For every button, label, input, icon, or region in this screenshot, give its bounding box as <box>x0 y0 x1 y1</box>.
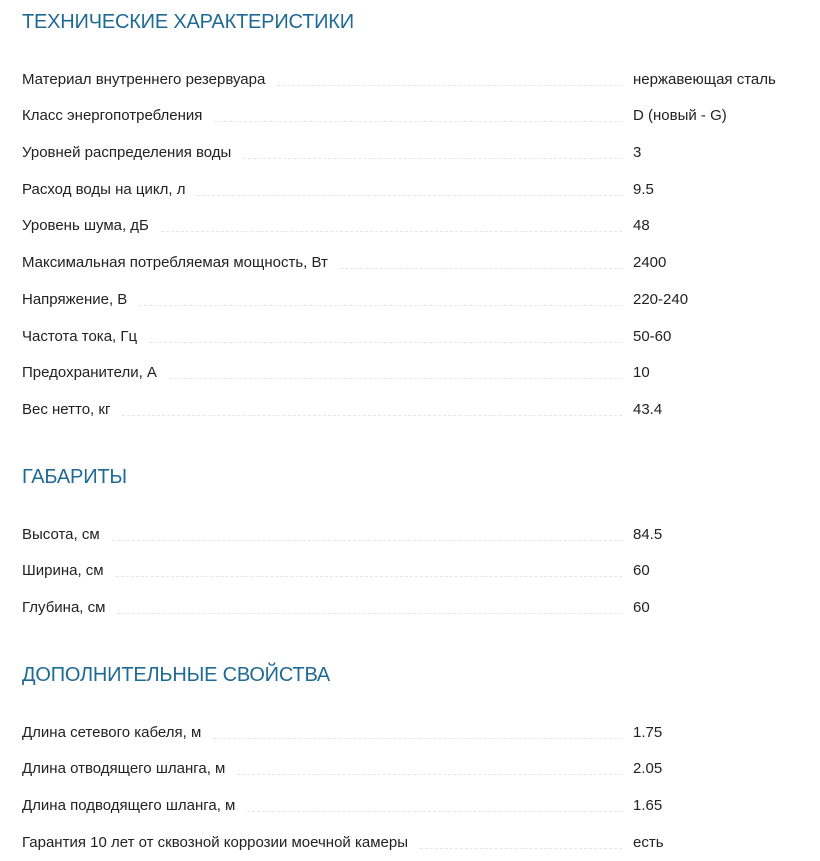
spec-row: Глубина, см60 <box>22 580 798 617</box>
spec-label: Напряжение, В <box>22 291 139 309</box>
dotted-leader-divider <box>247 810 622 812</box>
dotted-leader-divider <box>169 377 622 379</box>
spec-label: Уровней распределения воды <box>22 144 243 162</box>
dotted-leader-divider <box>122 414 622 416</box>
spec-label: Глубина, см <box>22 599 117 617</box>
spec-row: Длина сетевого кабеля, м1.75 <box>22 705 798 742</box>
spec-row: Максимальная потребляемая мощность, Вт24… <box>22 235 798 272</box>
dotted-leader-divider <box>139 304 622 306</box>
spec-label: Ширина, см <box>22 562 116 580</box>
dotted-leader-divider <box>112 539 622 541</box>
spec-label: Длина отводящего шланга, м <box>22 760 237 778</box>
spec-row: Класс энергопотребленияD (новый - G) <box>22 89 798 126</box>
dotted-leader-divider <box>243 157 622 159</box>
spec-row: Вес нетто, кг43.4 <box>22 382 798 419</box>
dotted-leader-divider <box>214 120 622 122</box>
spec-list: Высота, см84.5Ширина, см60Глубина, см60 <box>22 507 798 617</box>
dotted-leader-divider <box>213 737 622 739</box>
section-title: ГАБАРИТЫ <box>22 419 798 489</box>
spec-row: Расход воды на цикл, л9.5 <box>22 162 798 199</box>
section-technical-specs: ТЕХНИЧЕСКИЕ ХАРАКТЕРИСТИКИ Материал внут… <box>22 0 798 419</box>
dotted-leader-divider <box>161 230 622 232</box>
spec-row: Напряжение, В220-240 <box>22 272 798 309</box>
spec-value: 2.05 <box>622 760 798 778</box>
spec-label: Класс энергопотребления <box>22 107 214 125</box>
spec-row: Уровень шума, дБ48 <box>22 199 798 236</box>
dotted-leader-divider <box>149 341 622 343</box>
spec-value: 48 <box>622 217 798 235</box>
section-additional-properties: ДОПОЛНИТЕЛЬНЫЕ СВОЙСТВА Длина сетевого к… <box>22 617 798 852</box>
dotted-leader-divider <box>277 84 622 86</box>
spec-value: нержавеющая сталь <box>622 71 798 89</box>
spec-row: Ширина, см60 <box>22 544 798 581</box>
section-title: ДОПОЛНИТЕЛЬНЫЕ СВОЙСТВА <box>22 617 798 687</box>
spec-label: Расход воды на цикл, л <box>22 181 197 199</box>
spec-label: Высота, см <box>22 526 112 544</box>
spec-label: Гарантия 10 лет от сквозной коррозии мое… <box>22 834 420 852</box>
spec-value: 3 <box>622 144 798 162</box>
spec-value: 84.5 <box>622 526 798 544</box>
spec-list: Материал внутреннего резервуаранержавеющ… <box>22 52 798 419</box>
spec-value: 60 <box>622 562 798 580</box>
spec-list: Длина сетевого кабеля, м1.75Длина отводя… <box>22 705 798 852</box>
spec-row: Гарантия 10 лет от сквозной коррозии мое… <box>22 815 798 852</box>
dotted-leader-divider <box>340 267 622 269</box>
spec-value: 1.75 <box>622 724 798 742</box>
dotted-leader-divider <box>116 575 622 577</box>
spec-row: Частота тока, Гц50-60 <box>22 309 798 346</box>
spec-row: Предохранители, А10 <box>22 346 798 383</box>
spec-value: 2400 <box>622 254 798 272</box>
section-dimensions: ГАБАРИТЫ Высота, см84.5Ширина, см60Глуби… <box>22 419 798 617</box>
spec-label: Длина подводящего шланга, м <box>22 797 247 815</box>
spec-label: Предохранители, А <box>22 364 169 382</box>
spec-label: Материал внутреннего резервуара <box>22 71 277 89</box>
section-title: ТЕХНИЧЕСКИЕ ХАРАКТЕРИСТИКИ <box>22 0 798 34</box>
spec-value: 9.5 <box>622 181 798 199</box>
spec-value: 10 <box>622 364 798 382</box>
spec-value: 220-240 <box>622 291 798 309</box>
spec-page: ТЕХНИЧЕСКИЕ ХАРАКТЕРИСТИКИ Материал внут… <box>0 0 820 852</box>
spec-value: 1.65 <box>622 797 798 815</box>
spec-row: Уровней распределения воды3 <box>22 125 798 162</box>
spec-label: Уровень шума, дБ <box>22 217 161 235</box>
spec-row: Длина отводящего шланга, м2.05 <box>22 742 798 779</box>
dotted-leader-divider <box>197 194 622 196</box>
spec-value: D (новый - G) <box>622 107 798 125</box>
spec-row: Материал внутреннего резервуаранержавеющ… <box>22 52 798 89</box>
dotted-leader-divider <box>420 847 622 849</box>
spec-label: Частота тока, Гц <box>22 328 149 346</box>
spec-label: Вес нетто, кг <box>22 401 122 419</box>
spec-label: Максимальная потребляемая мощность, Вт <box>22 254 340 272</box>
spec-value: есть <box>622 834 798 852</box>
spec-label: Длина сетевого кабеля, м <box>22 724 213 742</box>
spec-row: Длина подводящего шланга, м1.65 <box>22 778 798 815</box>
dotted-leader-divider <box>237 773 622 775</box>
dotted-leader-divider <box>117 612 622 614</box>
spec-value: 43.4 <box>622 401 798 419</box>
spec-row: Высота, см84.5 <box>22 507 798 544</box>
spec-value: 50-60 <box>622 328 798 346</box>
spec-value: 60 <box>622 599 798 617</box>
